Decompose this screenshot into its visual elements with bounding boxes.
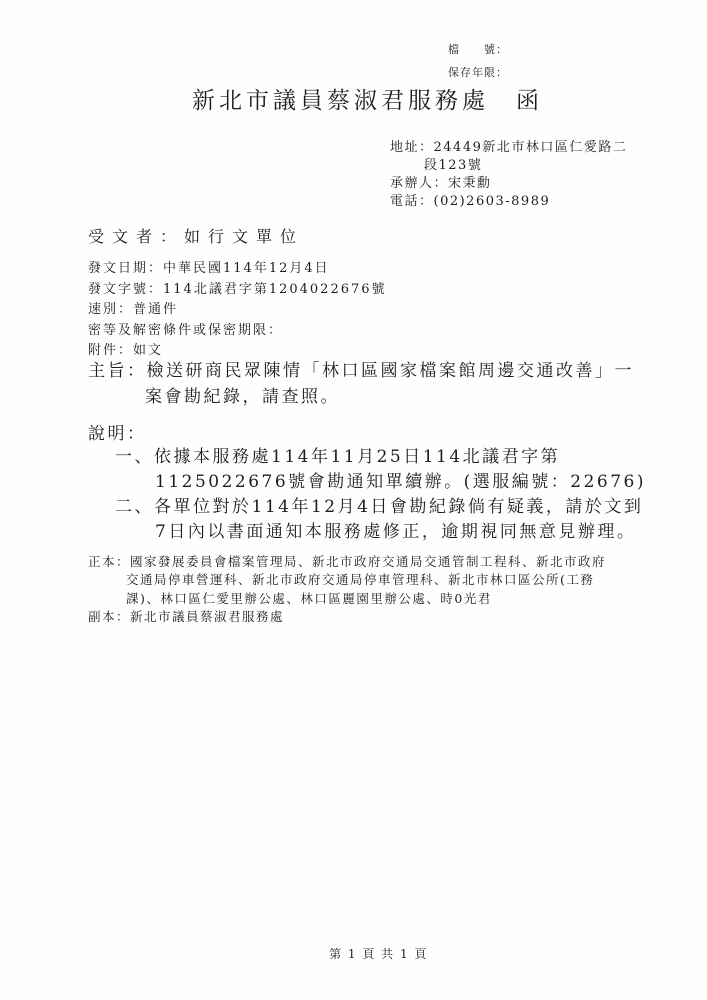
- copy-recipients-label: 副本：: [88, 609, 130, 624]
- retention-period-label: 保存年限：: [448, 61, 508, 84]
- sender-phone: 電話：(02)2603-8989: [390, 193, 627, 211]
- description-item-1-number: 一、: [115, 447, 154, 467]
- subject-section: 主旨：檢送研商民眾陳情「林口區國家檔案館周邊交通改善」一案會勘紀錄，請查照。: [88, 359, 648, 410]
- description-label: 說明：: [88, 419, 147, 444]
- description-item-1: 一、依據本服務處114年11月25日114北議君字第1125022676號會勘通…: [115, 445, 650, 495]
- file-meta: 檔 號： 保存年限：: [448, 38, 508, 84]
- sender-address-line1: 地址：24449新北市林口區仁愛路二: [390, 139, 627, 157]
- document-fields: 發文日期：中華民國114年12月4日 發文字號：114北議君字第12040226…: [88, 259, 387, 362]
- recipient-line: 受文者：如行文單位: [88, 224, 304, 247]
- recipient-label: 受文者：: [88, 227, 184, 246]
- description-item-2-number: 二、: [115, 497, 154, 517]
- description-item-1-text: 依據本服務處114年11月25日114北議君字第1125022676號會勘通知單…: [154, 447, 646, 492]
- original-recipients-line: 正本：國家發展委員會檔案管理局、新北市政府交通局交通管制工程科、新北市政府交通局…: [88, 553, 615, 608]
- recipient-value: 如行文單位: [184, 227, 304, 246]
- subject-label: 主旨：: [88, 361, 147, 381]
- copy-recipients-value: 新北市議員蔡淑君服務處: [130, 609, 284, 624]
- sender-address-line2: 段123號: [390, 157, 627, 175]
- field-doc-number: 發文字號：114北議君字第1204022676號: [88, 280, 387, 301]
- description-items: 一、依據本服務處114年11月25日114北議君字第1125022676號會勘通…: [115, 445, 650, 545]
- copy-recipients-line: 副本：新北市議員蔡淑君服務處: [88, 608, 615, 626]
- page-indicator: 第 1 頁 共 1 頁: [25, 945, 707, 962]
- sender-info: 地址：24449新北市林口區仁愛路二 段123號 承辦人：宋秉勳 電話：(02)…: [390, 139, 627, 211]
- description-item-2-text: 各單位對於114年12月4日會勘紀錄倘有疑義，請於文到7日內以書面通知本服務處修…: [154, 497, 643, 542]
- document-title: 新北市議員蔡淑君服務處 函: [192, 82, 543, 115]
- description-item-2: 二、各單位對於114年12月4日會勘紀錄倘有疑義，請於文到7日內以書面通知本服務…: [115, 495, 650, 545]
- official-letter-page: 檔 號： 保存年限： 新北市議員蔡淑君服務處 函 地址：24449新北市林口區仁…: [0, 0, 707, 1000]
- field-security-class: 密等及解密條件或保密期限：: [88, 321, 387, 342]
- file-number-label: 檔 號：: [448, 38, 508, 61]
- original-recipients-label: 正本：: [88, 554, 130, 569]
- distribution-section: 正本：國家發展委員會檔案管理局、新北市政府交通局交通管制工程科、新北市政府交通局…: [88, 553, 615, 626]
- original-recipients-value: 國家發展委員會檔案管理局、新北市政府交通局交通管制工程科、新北市政府交通局停車營…: [126, 554, 606, 606]
- field-issue-date: 發文日期：中華民國114年12月4日: [88, 259, 387, 280]
- subject-text: 檢送研商民眾陳情「林口區國家檔案館周邊交通改善」一案會勘紀錄，請查照。: [145, 361, 634, 407]
- field-speed-class: 速別：普通件: [88, 300, 387, 321]
- sender-contact-person: 承辦人：宋秉勳: [390, 175, 627, 193]
